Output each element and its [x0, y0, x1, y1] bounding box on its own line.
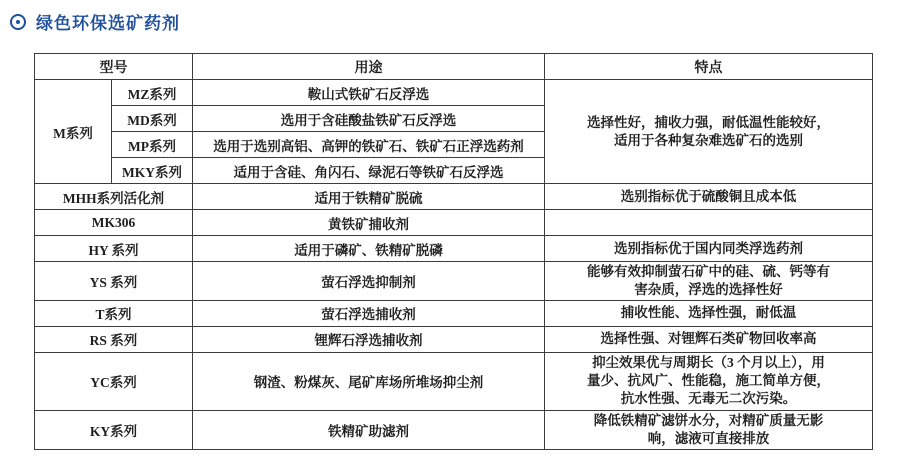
use-cell: 钢渣、粉煤灰、尾矿库场所堆场抑尘剂	[193, 352, 545, 410]
table-row-mhh: MHH系列活化剂 适用于铁精矿脱硫 选别指标优于硫酸铜且成本低	[35, 184, 873, 210]
use-cell: 萤石浮选捕收剂	[193, 300, 545, 326]
m-series-feature-cell: 选择性好，捕收力强，耐低温性能较好， 适用于各种复杂难选矿石的选别	[545, 80, 873, 184]
table-row-mz: M系列 MZ系列 鞍山式铁矿石反浮选 选择性好，捕收力强，耐低温性能较好， 适用…	[35, 80, 873, 106]
use-cell: 适用于含硅、角闪石、绿泥石等铁矿石反浮选	[193, 158, 545, 184]
table-row-rs: RS 系列 锂辉石浮选捕收剂 选择性强、对锂辉石类矿物回收率高	[35, 326, 873, 352]
model-cell: MKY系列	[112, 158, 193, 184]
feature-cell: 能够有效抑制萤石矿中的硅、硫、钙等有 害杂质，浮选的选择性好	[545, 262, 873, 301]
model-cell: MD系列	[112, 106, 193, 132]
reagent-table: 型号 用途 特点 M系列 MZ系列 鞍山式铁矿石反浮选 选择性好，捕收力强，耐低…	[34, 53, 873, 450]
model-cell: RS 系列	[35, 326, 193, 352]
use-cell: 适用于磷矿、铁精矿脱磷	[193, 236, 545, 262]
table-row-yc: YC系列 钢渣、粉煤灰、尾矿库场所堆场抑尘剂 抑尘效果优与周期长（3 个月以上）…	[35, 352, 873, 410]
model-cell: YC系列	[35, 352, 193, 410]
feature-cell	[545, 210, 873, 236]
table-header-row: 型号 用途 特点	[35, 54, 873, 80]
use-cell: 选用于选别高铝、高钾的铁矿石、铁矿石正浮选药剂	[193, 132, 545, 158]
table-row-ys: YS 系列 萤石浮选抑制剂 能够有效抑制萤石矿中的硅、硫、钙等有 害杂质，浮选的…	[35, 262, 873, 301]
use-cell: 铁精矿助滤剂	[193, 410, 545, 449]
feature-cell: 选别指标优于硫酸铜且成本低	[545, 184, 873, 210]
model-cell: MZ系列	[112, 80, 193, 106]
model-cell: T系列	[35, 300, 193, 326]
circled-dot-icon	[10, 14, 26, 30]
use-cell: 适用于铁精矿脱硫	[193, 184, 545, 210]
m-series-group-cell: M系列	[35, 80, 112, 184]
table-row-hy: HY 系列 适用于磷矿、铁精矿脱磷 选别指标优于国内同类浮选药剂	[35, 236, 873, 262]
model-cell: MK306	[35, 210, 193, 236]
section-title-text: 绿色环保选矿药剂	[36, 9, 180, 34]
model-cell: YS 系列	[35, 262, 193, 301]
feature-cell: 抑尘效果优与周期长（3 个月以上），用 量少、抗风广、性能稳，施工简单方便， 抗…	[545, 352, 873, 410]
col-header-model: 型号	[35, 54, 193, 80]
model-cell: HY 系列	[35, 236, 193, 262]
feature-cell: 降低铁精矿滤饼水分，对精矿质量无影 响，滤液可直接排放	[545, 410, 873, 449]
use-cell: 鞍山式铁矿石反浮选	[193, 80, 545, 106]
model-cell: MP系列	[112, 132, 193, 158]
use-cell: 黄铁矿捕收剂	[193, 210, 545, 236]
use-cell: 锂辉石浮选捕收剂	[193, 326, 545, 352]
use-cell: 选用于含硅酸盐铁矿石反浮选	[193, 106, 545, 132]
use-cell: 萤石浮选抑制剂	[193, 262, 545, 301]
model-cell: KY系列	[35, 410, 193, 449]
col-header-feature: 特点	[545, 54, 873, 80]
feature-cell: 选择性强、对锂辉石类矿物回收率高	[545, 326, 873, 352]
col-header-use: 用途	[193, 54, 545, 80]
section-title: 绿色环保选矿药剂	[10, 9, 180, 34]
table-row-t: T系列 萤石浮选捕收剂 捕收性能、选择性强，耐低温	[35, 300, 873, 326]
feature-cell: 捕收性能、选择性强，耐低温	[545, 300, 873, 326]
table-row-ky: KY系列 铁精矿助滤剂 降低铁精矿滤饼水分，对精矿质量无影 响，滤液可直接排放	[35, 410, 873, 449]
feature-cell: 选别指标优于国内同类浮选药剂	[545, 236, 873, 262]
table-row-mk306: MK306 黄铁矿捕收剂	[35, 210, 873, 236]
model-cell: MHH系列活化剂	[35, 184, 193, 210]
